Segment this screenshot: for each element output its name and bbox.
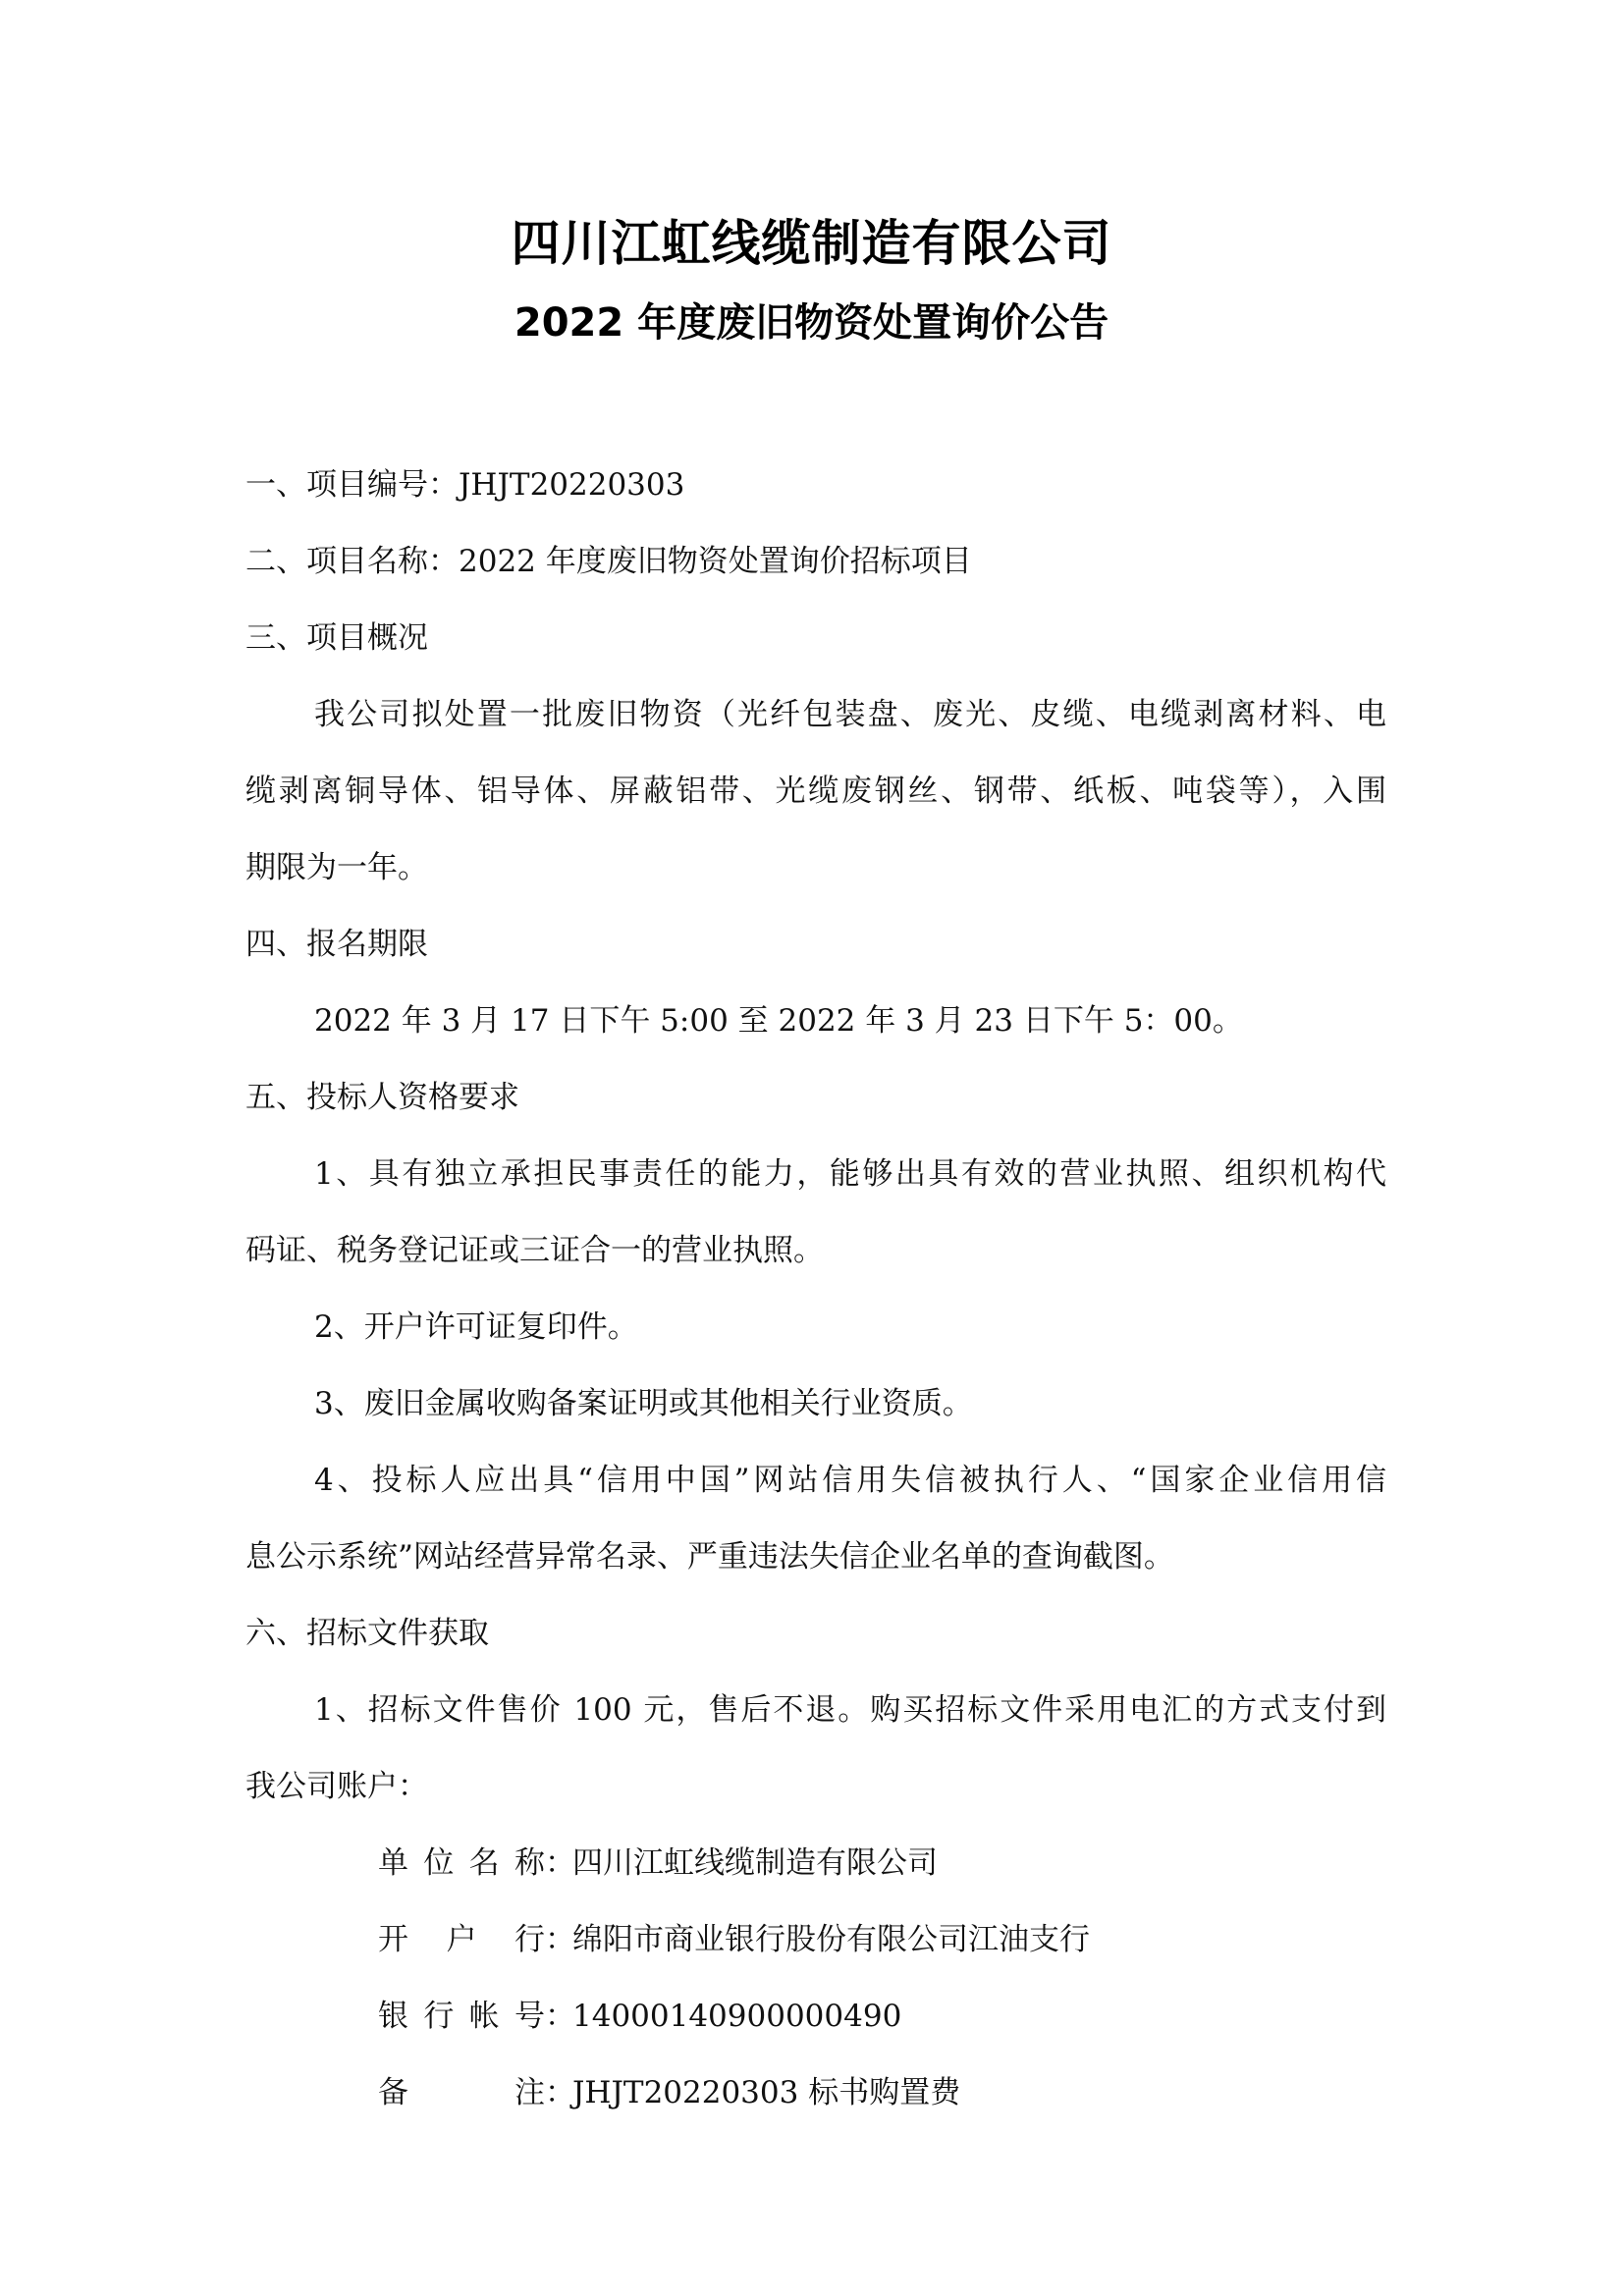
overview-line: 期限为一年。 bbox=[245, 829, 1386, 906]
qualification-item-4: 4、投标人应出具“信用中国”网站信用失信被执行人、“国家企业信用信 息公示系统”… bbox=[245, 1442, 1386, 1595]
colon: ： bbox=[545, 1825, 572, 1901]
section-qualification-heading: 五、投标人资格要求 bbox=[245, 1059, 1386, 1136]
colon: ： bbox=[545, 1901, 572, 1978]
colon: ： bbox=[545, 1978, 572, 2055]
company-title: 四川江虹线缆制造有限公司 bbox=[0, 214, 1623, 273]
section-document-acquisition-heading: 六、招标文件获取 bbox=[245, 1595, 1386, 1672]
acquisition-line: 我公司账户： bbox=[245, 1748, 1386, 1825]
account-note-row: 备 注：JHJT20220303 标书购置费 bbox=[245, 2055, 1386, 2131]
qualification-line: 码证、税务登记证或三证合一的营业执照。 bbox=[245, 1212, 1386, 1289]
announcement-title: 2022 年度废旧物资处置询价公告 bbox=[0, 296, 1623, 349]
qualification-item-1: 1、具有独立承担民事责任的能力，能够出具有效的营业执照、组织机构代 码证、税务登… bbox=[245, 1136, 1386, 1289]
document-body: 一、项目编号：JHJT20220303 二、项目名称：2022 年度废旧物资处置… bbox=[245, 447, 1386, 2131]
acquisition-line: 1、招标文件售价 100 元，售后不退。购买招标文件采用电汇的方式支付到 bbox=[245, 1672, 1386, 1748]
document-page: 四川江虹线缆制造有限公司 2022 年度废旧物资处置询价公告 一、项目编号：JH… bbox=[0, 0, 1623, 2296]
account-unit-row: 单位名称：四川江虹线缆制造有限公司 bbox=[245, 1825, 1386, 1901]
account-number-label: 银行帐号 bbox=[378, 1978, 545, 2055]
colon: ： bbox=[545, 2055, 572, 2131]
account-note-value: JHJT20220303 标书购置费 bbox=[572, 2075, 960, 2110]
account-note-label: 备 注 bbox=[378, 2055, 545, 2131]
account-bank-row: 开 户 行：绵阳市商业银行股份有限公司江油支行 bbox=[245, 1901, 1386, 1978]
account-unit-label: 单位名称 bbox=[378, 1825, 545, 1901]
section-registration-heading: 四、报名期限 bbox=[245, 906, 1386, 983]
account-unit-value: 四川江虹线缆制造有限公司 bbox=[572, 1845, 938, 1881]
section-project-name: 二、项目名称：2022 年度废旧物资处置询价招标项目 bbox=[245, 523, 1386, 600]
account-bank-value: 绵阳市商业银行股份有限公司江油支行 bbox=[572, 1922, 1090, 1957]
overview-line: 我公司拟处置一批废旧物资（光纤包装盘、废光、皮缆、电缆剥离材料、电 bbox=[245, 676, 1386, 753]
qualification-item-2: 2、开户许可证复印件。 bbox=[245, 1289, 1386, 1365]
overview-paragraph: 我公司拟处置一批废旧物资（光纤包装盘、废光、皮缆、电缆剥离材料、电 缆剥离铜导体… bbox=[245, 676, 1386, 906]
overview-line: 缆剥离铜导体、铝导体、屏蔽铝带、光缆废钢丝、钢带、纸板、吨袋等），入围 bbox=[245, 753, 1386, 829]
qualification-item-3: 3、废旧金属收购备案证明或其他相关行业资质。 bbox=[245, 1365, 1386, 1442]
qualification-line: 1、具有独立承担民事责任的能力，能够出具有效的营业执照、组织机构代 bbox=[245, 1136, 1386, 1212]
section-project-number: 一、项目编号：JHJT20220303 bbox=[245, 447, 1386, 523]
account-bank-label: 开 户 行 bbox=[378, 1901, 545, 1978]
account-number-row: 银行帐号：14000140900000490 bbox=[245, 1978, 1386, 2055]
registration-period: 2022 年 3 月 17 日下午 5:00 至 2022 年 3 月 23 日… bbox=[245, 983, 1386, 1059]
acquisition-item-1: 1、招标文件售价 100 元，售后不退。购买招标文件采用电汇的方式支付到 我公司… bbox=[245, 1672, 1386, 1825]
account-number-value: 14000140900000490 bbox=[572, 1999, 901, 2034]
section-overview-heading: 三、项目概况 bbox=[245, 600, 1386, 676]
qualification-line: 4、投标人应出具“信用中国”网站信用失信被执行人、“国家企业信用信 bbox=[245, 1442, 1386, 1519]
qualification-line: 息公示系统”网站经营异常名录、严重违法失信企业名单的查询截图。 bbox=[245, 1519, 1386, 1595]
